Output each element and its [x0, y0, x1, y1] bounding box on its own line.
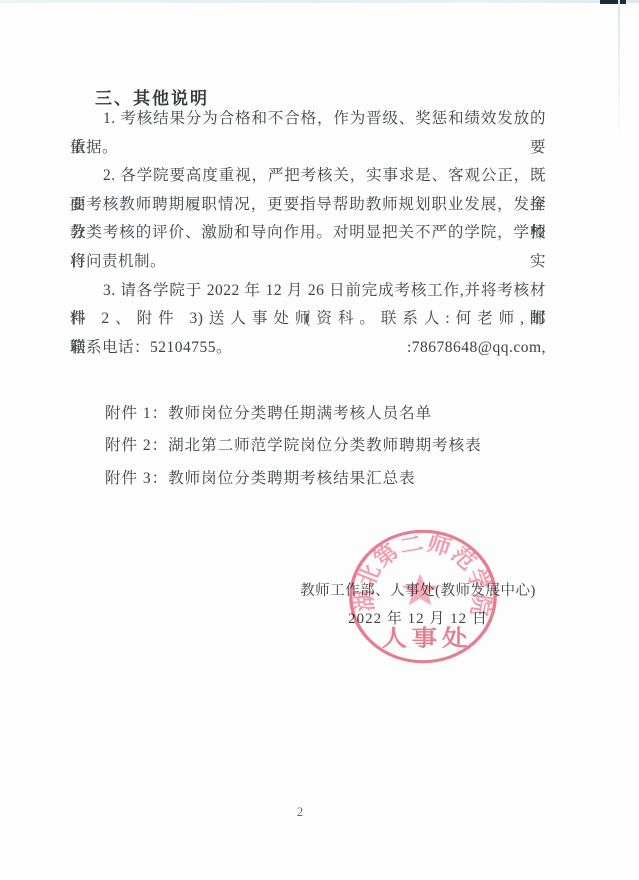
- scanned-document-page: 三、其他说明 1. 考核结果分为合格和不合格，作为晋级、奖惩和绩效发放的重要 依…: [0, 0, 639, 880]
- attachments-list: 附件 1：教师岗位分类聘任期满考核人员名单 附件 2：湖北第二师范学院岗位分类教…: [105, 398, 482, 495]
- scan-artifact-corner-mark: [600, 0, 626, 4]
- page-number: 2: [280, 805, 320, 820]
- body-line: 3. 请各学院于 2022 年 12 月 26 日前完成考核工作,并将考核材料(…: [70, 277, 546, 306]
- body-line: 件 2、附件 3)送人事处师资科。联系人:何老师,邮箱:78678648@qq.…: [70, 305, 546, 334]
- scan-artifact-top-strip: [0, 0, 639, 3]
- scan-artifact-edge-line: [618, 0, 620, 140]
- body-line: 1. 考核结果分为合格和不合格，作为晋级、奖惩和绩效发放的重要: [70, 105, 546, 134]
- body-line: 2. 各学院要高度重视，严把考核关，实事求是、客观公正，既要全: [70, 162, 546, 191]
- seal-center-text: 人事处: [382, 626, 473, 652]
- body-line: 分类考核的评价、激励和导向作用。对明显把关不严的学院，学校将实: [70, 219, 546, 248]
- seal-star-icon: [402, 574, 439, 606]
- body-line: 面考核教师聘期履职情况，更要指导帮助教师规划职业发展，发挥教师: [70, 191, 546, 220]
- attachment-item: 附件 3：教师岗位分类聘期考核结果汇总表: [105, 463, 482, 495]
- attachment-item: 附件 1：教师岗位分类聘任期满考核人员名单: [105, 398, 482, 430]
- body-text-block: 1. 考核结果分为合格和不合格，作为晋级、奖惩和绩效发放的重要 依据。 2. 各…: [70, 105, 546, 362]
- seal-arc-text: 湖北第二师范学院: [351, 531, 496, 618]
- official-seal-stamp: 湖北第二师范学院 人事处: [345, 526, 501, 667]
- attachment-item: 附件 2：湖北第二师范学院岗位分类教师聘期考核表: [105, 430, 482, 462]
